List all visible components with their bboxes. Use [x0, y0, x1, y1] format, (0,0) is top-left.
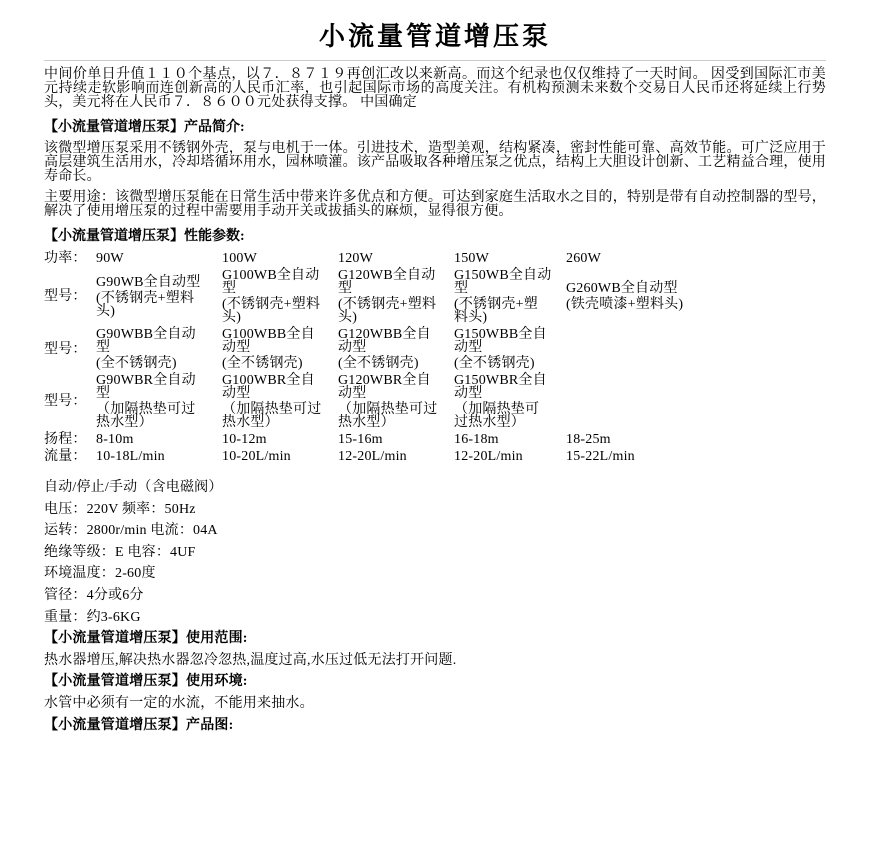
power-cell: 120W	[338, 250, 454, 267]
product-usage-paragraph: 主要用途：该微型增压泵能在日常生活中带来许多优点和方便。可达到家庭生活取水之目的…	[44, 191, 826, 219]
row-label-power: 功率：	[44, 250, 96, 267]
model-note: (铁壳喷漆+塑料头)	[566, 298, 692, 311]
product-description-paragraph: 该微型增压泵采用不锈钢外壳，泵与电机于一体。引进技术，造型美观，结构紧凑，密封性…	[44, 142, 826, 184]
section-heading-usage-range: 【小流量管道增压泵】使用范围:	[44, 632, 826, 646]
model-cell-empty	[566, 372, 706, 431]
page-title: 小流量管道增压泵	[44, 0, 826, 52]
usage-env-text: 水管中必须有一定的水流，不能用来抽水。	[44, 697, 826, 711]
model-cell: G90WB全自动型 (不锈钢壳+塑料头)	[96, 267, 222, 326]
row-label-head: 扬程：	[44, 431, 96, 448]
table-row-flow: 流量： 10-18L/min 10-20L/min 12-20L/min 12-…	[44, 448, 706, 465]
section-heading-usage-env: 【小流量管道增压泵】使用环境:	[44, 675, 826, 689]
spec-line-pipe-diameter: 管径：4分或6分	[44, 589, 826, 603]
model-note: (全不锈钢壳)	[454, 357, 552, 370]
table-row-model-wb: 型号： G90WB全自动型 (不锈钢壳+塑料头) G100WB全自动型 (不锈钢…	[44, 267, 706, 326]
model-name: G150WB全自动型	[454, 269, 552, 295]
model-note: (全不锈钢壳)	[222, 357, 324, 370]
spec-list: 自动/停止/手动（含电磁阀） 电压：220V 频率：50Hz 运转：2800r/…	[44, 481, 826, 733]
head-cell: 8-10m	[96, 431, 222, 448]
model-name: G120WBB全自动型	[338, 328, 440, 354]
section-heading-product-image: 【小流量管道增压泵】产品图:	[44, 719, 826, 733]
flow-cell: 10-20L/min	[222, 448, 338, 465]
model-cell: G150WBR全自动型 （加隔热垫可过热水型）	[454, 372, 566, 431]
row-label-model: 型号：	[44, 372, 96, 431]
section-heading-product-intro: 【小流量管道增压泵】产品简介:	[44, 121, 826, 135]
model-note: (不锈钢壳+塑料头)	[96, 292, 208, 318]
model-name: G100WBB全自动型	[222, 328, 324, 354]
model-name: G150WBB全自动型	[454, 328, 552, 354]
horizontal-divider	[44, 60, 826, 61]
model-cell: G120WBR全自动型 （加隔热垫可过热水型）	[338, 372, 454, 431]
model-cell: G100WB全自动型 (不锈钢壳+塑料头)	[222, 267, 338, 326]
spec-line-temperature: 环境温度：2-60度	[44, 567, 826, 581]
model-name: G100WB全自动型	[222, 269, 324, 295]
section-heading-parameters: 【小流量管道增压泵】性能参数:	[44, 230, 826, 244]
model-name: G120WB全自动型	[338, 269, 440, 295]
model-cell-empty	[566, 326, 706, 372]
model-note: （加隔热垫可过热水型）	[222, 403, 324, 429]
power-cell: 150W	[454, 250, 566, 267]
flow-cell: 12-20L/min	[338, 448, 454, 465]
row-label-model: 型号：	[44, 267, 96, 326]
table-row-model-wbb: 型号： G90WBB全自动型 (全不锈钢壳) G100WBB全自动型 (全不锈钢…	[44, 326, 706, 372]
spec-line-rotation: 运转：2800r/min 电流：04A	[44, 524, 826, 538]
spec-line-control-mode: 自动/停止/手动（含电磁阀）	[44, 481, 826, 495]
document-content: 小流量管道增压泵 中间价单日升值１１０个基点，以７．８７１９再创汇改以来新高。而…	[0, 0, 870, 733]
head-cell: 10-12m	[222, 431, 338, 448]
flow-cell: 15-22L/min	[566, 448, 706, 465]
model-note: (全不锈钢壳)	[96, 357, 208, 370]
model-note: (不锈钢壳+塑料头)	[454, 298, 552, 324]
specs-table: 功率： 90W 100W 120W 150W 260W 型号： G90WB全自动…	[44, 250, 706, 465]
table-row-model-wbr: 型号： G90WBR全自动型 （加隔热垫可过热水型） G100WBR全自动型 （…	[44, 372, 706, 431]
model-cell: G120WBB全自动型 (全不锈钢壳)	[338, 326, 454, 372]
document-page: 小流量管道增压泵 中间价单日升值１１０个基点，以７．８７１９再创汇改以来新高。而…	[0, 0, 870, 842]
spec-line-voltage: 电压：220V 频率：50Hz	[44, 503, 826, 517]
model-note: （加隔热垫可过热水型）	[338, 403, 440, 429]
power-cell: 260W	[566, 250, 706, 267]
intro-paragraph: 中间价单日升值１１０个基点，以７．８７１９再创汇改以来新高。而这个纪录也仅仅维持…	[44, 68, 826, 110]
model-note: （加隔热垫可过热水型）	[96, 403, 208, 429]
model-cell: G260WB全自动型 (铁壳喷漆+塑料头)	[566, 267, 706, 326]
table-row-head: 扬程： 8-10m 10-12m 15-16m 16-18m 18-25m	[44, 431, 706, 448]
head-cell: 16-18m	[454, 431, 566, 448]
flow-cell: 10-18L/min	[96, 448, 222, 465]
head-cell: 18-25m	[566, 431, 706, 448]
spec-line-weight: 重量：约3-6KG	[44, 611, 826, 625]
model-name: G260WB全自动型	[566, 282, 692, 295]
row-label-model: 型号：	[44, 326, 96, 372]
model-name: G90WBB全自动型	[96, 328, 208, 354]
model-cell: G100WBB全自动型 (全不锈钢壳)	[222, 326, 338, 372]
power-cell: 90W	[96, 250, 222, 267]
model-cell: G120WB全自动型 (不锈钢壳+塑料头)	[338, 267, 454, 326]
model-name: G90WB全自动型	[96, 276, 208, 289]
spec-line-insulation: 绝缘等级：E 电容：4UF	[44, 546, 826, 560]
model-cell: G150WBB全自动型 (全不锈钢壳)	[454, 326, 566, 372]
head-cell: 15-16m	[338, 431, 454, 448]
model-name: G90WBR全自动型	[96, 374, 208, 400]
model-cell: G150WB全自动型 (不锈钢壳+塑料头)	[454, 267, 566, 326]
table-row-power: 功率： 90W 100W 120W 150W 260W	[44, 250, 706, 267]
model-cell: G90WBR全自动型 （加隔热垫可过热水型）	[96, 372, 222, 431]
model-note: (不锈钢壳+塑料头)	[338, 298, 440, 324]
row-label-flow: 流量：	[44, 448, 96, 465]
power-cell: 100W	[222, 250, 338, 267]
model-note: （加隔热垫可过热水型）	[454, 403, 552, 429]
model-name: G150WBR全自动型	[454, 374, 552, 400]
model-note: (全不锈钢壳)	[338, 357, 440, 370]
model-cell: G100WBR全自动型 （加隔热垫可过热水型）	[222, 372, 338, 431]
usage-range-text: 热水器增压,解决热水器忽冷忽热,温度过高,水压过低无法打开问题.	[44, 654, 826, 668]
model-name: G100WBR全自动型	[222, 374, 324, 400]
model-note: (不锈钢壳+塑料头)	[222, 298, 324, 324]
model-cell: G90WBB全自动型 (全不锈钢壳)	[96, 326, 222, 372]
model-name: G120WBR全自动型	[338, 374, 440, 400]
flow-cell: 12-20L/min	[454, 448, 566, 465]
